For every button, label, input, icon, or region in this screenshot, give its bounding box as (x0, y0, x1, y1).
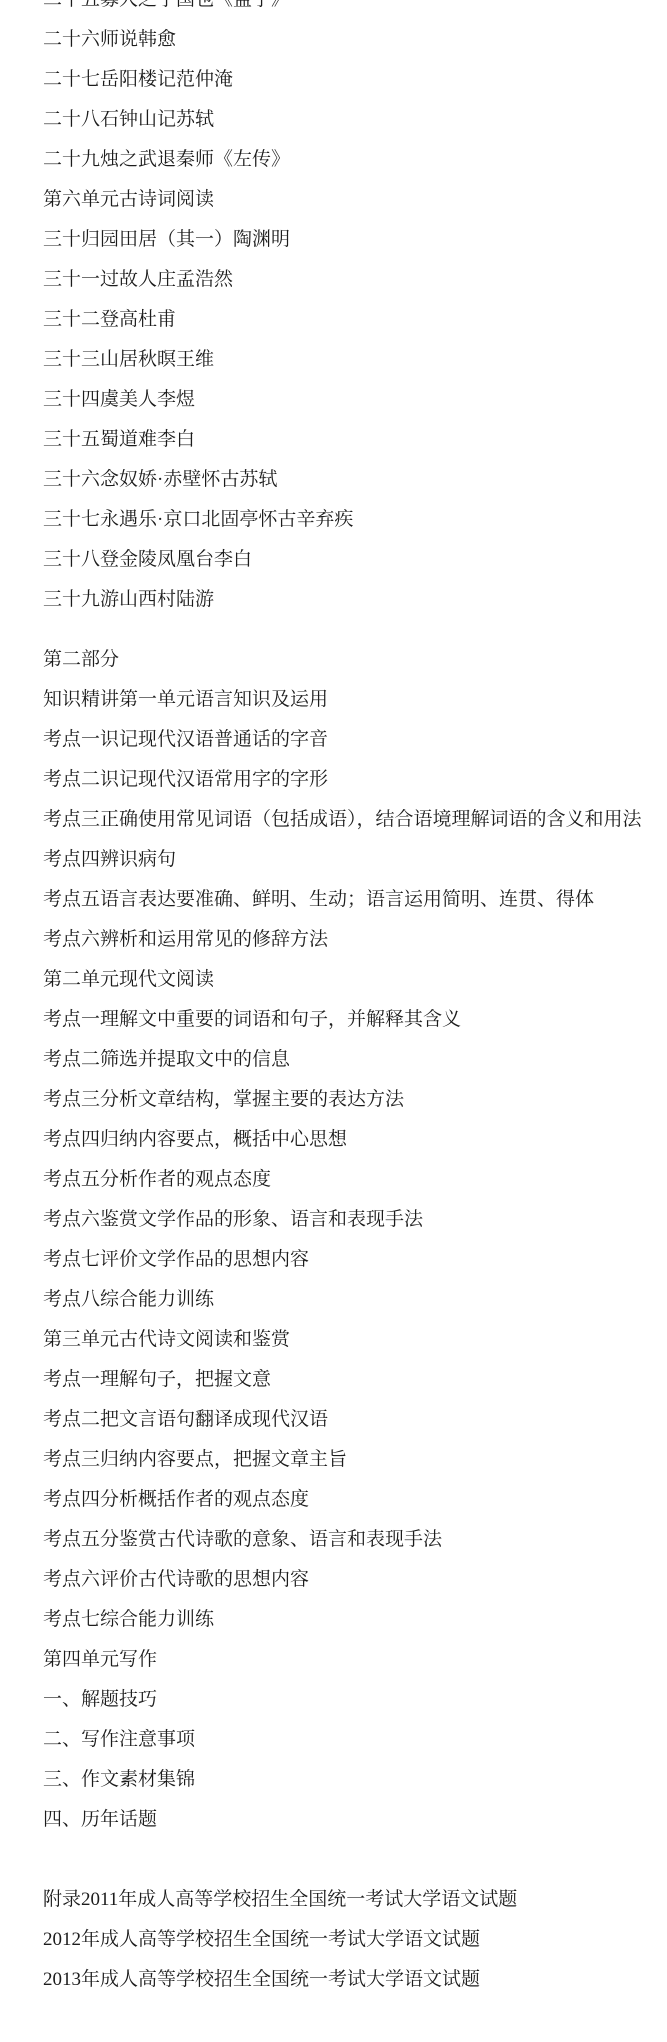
toc-line: 二十五寡人之于国也《孟子》 (43, 0, 647, 20)
toc-line: 考点八综合能力训练 (43, 1280, 647, 1320)
toc-line: 考点一理解文中重要的词语和句子，并解释其含义 (43, 1000, 647, 1040)
toc-line: 考点五语言表达要准确、鲜明、生动；语言运用简明、连贯、得体 (43, 880, 647, 920)
toc-line: 四、历年话题 (43, 1800, 647, 1840)
toc-line: 三十七永遇乐·京口北固亭怀古辛弃疾 (43, 500, 647, 540)
toc-line: 三十归园田居（其一）陶渊明 (43, 220, 647, 260)
toc-line: 第三单元古代诗文阅读和鉴赏 (43, 1320, 647, 1360)
toc-line: 第二部分 (43, 640, 647, 680)
toc-line: 三十四虞美人李煜 (43, 380, 647, 420)
toc-line: 三十一过故人庄孟浩然 (43, 260, 647, 300)
toc-line: 考点一理解句子，把握文意 (43, 1360, 647, 1400)
toc-line: 考点六鉴赏文学作品的形象、语言和表现手法 (43, 1200, 647, 1240)
toc-line: 三十二登高杜甫 (43, 300, 647, 340)
toc-lines: 二十五寡人之于国也《孟子》二十六师说韩愈二十七岳阳楼记范仲淹二十八石钟山记苏轼二… (0, 0, 667, 2000)
toc-line: 考点七综合能力训练 (43, 1600, 647, 1640)
toc-line: 考点七评价文学作品的思想内容 (43, 1240, 647, 1280)
toc-line: 2013年成人高等学校招生全国统一考试大学语文试题 (43, 1960, 647, 2000)
toc-line: 二、写作注意事项 (43, 1720, 647, 1760)
toc-line: 考点三分析文章结构，掌握主要的表达方法 (43, 1080, 647, 1120)
toc-line: 第二单元现代文阅读 (43, 960, 647, 1000)
toc-line: 考点一识记现代汉语普通话的字音 (43, 720, 647, 760)
toc-line: 考点四辨识病句 (43, 840, 647, 880)
toc-line: 一、解题技巧 (43, 1680, 647, 1720)
toc-line: 知识精讲第一单元语言知识及运用 (43, 680, 647, 720)
toc-line: 三十五蜀道难李白 (43, 420, 647, 460)
toc-line: 三十六念奴娇·赤壁怀古苏轼 (43, 460, 647, 500)
toc-line: 考点三正确使用常见词语（包括成语），结合语境理解词语的含义和用法 (43, 800, 647, 840)
toc-line: 二十六师说韩愈 (43, 20, 647, 60)
toc-line: 二十八石钟山记苏轼 (43, 100, 647, 140)
toc-line: 考点二把文言语句翻译成现代汉语 (43, 1400, 647, 1440)
toc-line: 考点二筛选并提取文中的信息 (43, 1040, 647, 1080)
toc-line: 考点三归纳内容要点，把握文章主旨 (43, 1440, 647, 1480)
toc-line: 考点六评价古代诗歌的思想内容 (43, 1560, 647, 1600)
toc-line: 附录2011年成人高等学校招生全国统一考试大学语文试题 (43, 1880, 647, 1920)
toc-line: 二十九烛之武退秦师《左传》 (43, 140, 647, 180)
toc-line: 2012年成人高等学校招生全国统一考试大学语文试题 (43, 1920, 647, 1960)
document-page: 二十五寡人之于国也《孟子》二十六师说韩愈二十七岳阳楼记范仲淹二十八石钟山记苏轼二… (0, 0, 667, 2022)
toc-line: 三十八登金陵凤凰台李白 (43, 540, 647, 580)
toc-line: 考点二识记现代汉语常用字的字形 (43, 760, 647, 800)
toc-line: 第四单元写作 (43, 1640, 647, 1680)
toc-line: 三十九游山西村陆游 (43, 580, 647, 620)
toc-line: 考点六辨析和运用常见的修辞方法 (43, 920, 647, 960)
toc-line: 考点四归纳内容要点，概括中心思想 (43, 1120, 647, 1160)
toc-line: 三、作文素材集锦 (43, 1760, 647, 1800)
toc-line: 二十七岳阳楼记范仲淹 (43, 60, 647, 100)
toc-line: 第六单元古诗词阅读 (43, 180, 647, 220)
toc-line: 三十三山居秋暝王维 (43, 340, 647, 380)
toc-line: 考点五分鉴赏古代诗歌的意象、语言和表现手法 (43, 1520, 647, 1560)
toc-line: 考点四分析概括作者的观点态度 (43, 1480, 647, 1520)
toc-line: 考点五分析作者的观点态度 (43, 1160, 647, 1200)
